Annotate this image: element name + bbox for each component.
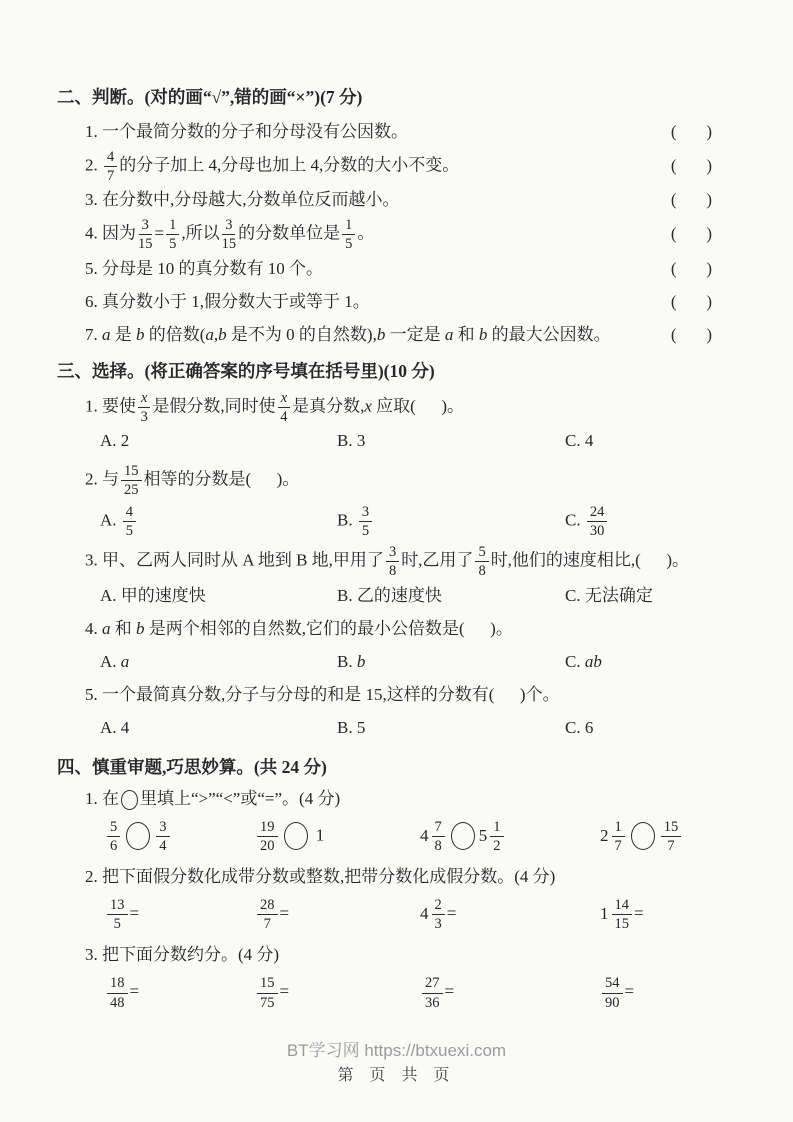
denominator: 7: [264, 915, 271, 932]
text-run: A. 2: [100, 431, 129, 450]
judgment-question-text: 5. 分母是 10 的真分数有 10 个。: [85, 258, 323, 281]
numerator: 4: [123, 504, 136, 522]
answer-bracket: ( ): [671, 189, 712, 212]
section-choice: 三、选择。(将正确答案的序号填在括号里)(10 分) 1. 要使x3是假分数,同…: [57, 360, 736, 749]
text-run: 7.: [85, 325, 102, 344]
denominator: 7: [615, 837, 622, 854]
choice-2-option-C: C. 2430: [565, 504, 736, 539]
fraction: 58: [475, 544, 488, 579]
fraction: 56: [107, 819, 120, 854]
fraction: 135: [107, 897, 128, 932]
text-run: 的最大公因数。: [487, 325, 610, 344]
choice-options-5: A. 4B. 5C. 6: [57, 717, 736, 745]
choice-5-option-A: A. 4: [100, 717, 337, 745]
denominator: 3: [141, 408, 148, 425]
math-variable: b: [357, 652, 366, 671]
whole-number: 4: [420, 903, 429, 926]
text-run: 1. 要使: [85, 396, 136, 415]
denominator: 5: [345, 235, 352, 252]
choice-4-option-C: C. ab: [565, 651, 736, 679]
judgment-question-text: 6. 真分数小于 1,假分数大于或等于 1。: [85, 291, 370, 314]
text-run: 的倍数(: [145, 325, 206, 344]
denominator: 75: [260, 994, 275, 1011]
text-run: 相等的分数是( )。: [144, 470, 300, 489]
text-run: 。: [357, 224, 374, 243]
comparison-circle: [121, 790, 138, 810]
calc-item-1-2: 1920 1: [255, 819, 420, 854]
mixed-number: 423: [420, 897, 447, 932]
text-run: 和: [111, 619, 137, 638]
judgment-item-2: 2. 47的分子加上 4,分母也加上 4,分数的大小不变。( ): [57, 149, 736, 184]
numerator: 13: [107, 897, 128, 915]
denominator: 7: [667, 837, 674, 854]
text-run: 里填上“>”“<”或“=”。(4 分): [140, 789, 340, 808]
text-run: A. 4: [100, 718, 129, 737]
denominator: 4: [280, 408, 287, 425]
fraction: 1920: [257, 819, 278, 854]
answer-bracket: ( ): [671, 258, 712, 281]
text-run: =: [280, 904, 290, 923]
text-run: B. 5: [337, 718, 365, 737]
denominator: 48: [110, 994, 125, 1011]
numerator: 14: [612, 897, 633, 915]
denominator: 3: [435, 915, 442, 932]
judgment-item-6: 6. 真分数小于 1,假分数大于或等于 1。( ): [57, 286, 736, 319]
choice-2-option-B: B. 35: [337, 504, 565, 539]
comparison-circle: [451, 822, 475, 850]
numerator: 3: [386, 544, 399, 562]
fraction: 38: [386, 544, 399, 579]
text-run: =: [445, 982, 455, 1001]
numerator: 15: [121, 463, 142, 481]
text-run: B.: [337, 510, 357, 529]
text-run: 时,他们的速度相比,( )。: [491, 551, 689, 570]
denominator: 36: [425, 994, 440, 1011]
fraction: 1848: [107, 975, 128, 1010]
calc-sub-label-1: 1. 在里填上“>”“<”或“=”。(4 分): [57, 788, 736, 811]
numerator: 54: [602, 975, 623, 993]
calc-item-3-4: 5490=: [600, 975, 736, 1010]
fraction: 1575: [257, 975, 278, 1010]
numerator: 1: [342, 217, 355, 235]
judgment-item-4: 4. 因为315=15,所以315的分数单位是15。( ): [57, 217, 736, 252]
choice-4-option-A: A. a: [100, 651, 337, 679]
text-run: =: [447, 904, 457, 923]
numerator: 27: [422, 975, 443, 993]
numerator: x: [138, 390, 150, 408]
comparison-circle: [284, 822, 308, 850]
text-run: C. 6: [565, 718, 593, 737]
calc-item-2-3: 423=: [420, 897, 600, 932]
calc-sub-label-3: 3. 把下面分数约分。(4 分): [57, 944, 736, 967]
math-variable: b: [136, 619, 145, 638]
numerator: 1: [490, 819, 503, 837]
text-run: 3. 在分数中,分母越大,分数单位反而越小。: [85, 190, 400, 209]
text-run: A.: [100, 510, 121, 529]
text-run: 1. 一个最简分数的分子和分母没有公因数。: [85, 122, 408, 141]
numerator: 3: [359, 504, 372, 522]
math-variable: b: [136, 325, 145, 344]
judgment-item-7: 7. a 是 b 的倍数(a,b 是不为 0 的自然数),b 一定是 a 和 b…: [57, 319, 736, 352]
text-run: =: [130, 982, 140, 1001]
text-run: 时,乙用了: [401, 551, 473, 570]
denominator: 15: [222, 235, 237, 252]
fraction: 2736: [422, 975, 443, 1010]
text-run: 是: [111, 325, 137, 344]
text-run: B. 3: [337, 431, 365, 450]
denominator: 15: [138, 235, 153, 252]
fraction: 15: [166, 217, 179, 252]
fraction: 5490: [602, 975, 623, 1010]
calc-item-2-4: 11415=: [600, 897, 736, 932]
fraction: 2430: [587, 504, 608, 539]
text-run: C.: [565, 652, 585, 671]
fraction: 17: [612, 819, 625, 854]
worksheet-page: 二、判断。(对的画“√”,错的画“×”)(7 分) 1. 一个最简分数的分子和分…: [0, 0, 793, 1122]
footer-site-link[interactable]: BT学习网 https://btxuexi.com: [0, 1040, 793, 1063]
page-footer: BT学习网 https://btxuexi.com 第 页 共 页: [0, 1040, 793, 1087]
numerator: x: [278, 390, 290, 408]
calc-item-2-2: 287=: [255, 897, 420, 932]
judgment-item-5: 5. 分母是 10 的真分数有 10 个。( ): [57, 253, 736, 286]
fraction: 12: [490, 819, 503, 854]
calc-item-1-3: 478512: [420, 819, 600, 854]
choice-options-4: A. aB. bC. ab: [57, 651, 736, 679]
text-run: 的分数单位是: [238, 224, 340, 243]
text-run: =: [280, 982, 290, 1001]
fraction: 34: [156, 819, 169, 854]
judgment-question-text: 4. 因为315=15,所以315的分数单位是15。: [85, 217, 374, 252]
fraction: 47: [104, 149, 117, 184]
text-run: 3. 把下面分数约分。(4 分): [85, 945, 279, 964]
calc-row-2-1: 135=287=423=11415=: [57, 897, 736, 932]
denominator: 5: [114, 915, 121, 932]
text-run: 是不为 0 的自然数),: [227, 325, 377, 344]
text-run: B.: [337, 652, 357, 671]
text-run: 是假分数,同时使: [152, 396, 275, 415]
calc-item-1-4: 217157: [600, 819, 736, 854]
denominator: 30: [590, 522, 605, 539]
fraction: 1525: [121, 463, 142, 498]
comparison-circle: [631, 822, 655, 850]
mixed-number: 512: [479, 819, 506, 854]
section-choice-title: 三、选择。(将正确答案的序号填在括号里)(10 分): [57, 360, 736, 384]
text-run: C. 4: [565, 431, 593, 450]
choice-4-option-B: B. b: [337, 651, 565, 679]
fraction: 15: [342, 217, 355, 252]
denominator: 2: [493, 837, 500, 854]
answer-bracket: ( ): [671, 223, 712, 246]
denominator: 25: [124, 481, 139, 498]
fraction: 35: [359, 504, 372, 539]
fraction: x3: [138, 390, 150, 425]
calc-item-3-1: 1848=: [105, 975, 255, 1010]
choice-question-3: 3. 甲、乙两人同时从 A 地到 B 地,甲用了38时,乙用了58时,他们的速度…: [57, 544, 736, 579]
answer-bracket: ( ): [671, 291, 712, 314]
choice-1-option-B: B. 3: [337, 430, 565, 458]
numerator: 15: [661, 819, 682, 837]
text-run: 2. 把下面假分数化成带分数或整数,把带分数化成假分数。(4 分): [85, 867, 555, 886]
section-calculation: 四、慎重审题,巧思妙算。(共 24 分) 1. 在里填上“>”“<”或“=”。(…: [57, 756, 736, 1023]
numerator: 18: [107, 975, 128, 993]
math-variable: b: [218, 325, 227, 344]
text-run: 和: [453, 325, 479, 344]
text-run: 应取( )。: [372, 396, 464, 415]
choice-items: 1. 要使x3是假分数,同时使x4是真分数,x 应取( )。A. 2B. 3C.…: [57, 390, 736, 745]
numerator: 24: [587, 504, 608, 522]
denominator: 15: [615, 915, 630, 932]
fraction: x4: [278, 390, 290, 425]
answer-bracket: ( ): [671, 155, 712, 178]
fraction: 23: [432, 897, 445, 932]
numerator: 19: [257, 819, 278, 837]
text-run: 6. 真分数小于 1,假分数大于或等于 1。: [85, 292, 370, 311]
text-run: 4. 因为: [85, 224, 136, 243]
mixed-number: 478: [420, 819, 447, 854]
numerator: 28: [257, 897, 278, 915]
numerator: 3: [222, 217, 235, 235]
text-run: 是两个相邻的自然数,它们的最小公倍数是( )。: [145, 619, 513, 638]
section-judgment-title: 二、判断。(对的画“√”,错的画“×”)(7 分): [57, 86, 736, 110]
fraction: 45: [123, 504, 136, 539]
choice-options-1: A. 2B. 3C. 4: [57, 430, 736, 458]
text-run: 1. 在: [85, 789, 119, 808]
section-calculation-title: 四、慎重审题,巧思妙算。(共 24 分): [57, 756, 736, 780]
choice-1-option-C: C. 4: [565, 430, 736, 458]
fraction: 78: [432, 819, 445, 854]
text-run: C. 无法确定: [565, 586, 653, 605]
choice-question-4: 4. a 和 b 是两个相邻的自然数,它们的最小公倍数是( )。: [57, 618, 736, 646]
text-run: 5. 一个最简真分数,分子与分母的和是 15,这样的分数有( )个。: [85, 685, 560, 704]
text-run: 1: [312, 825, 325, 844]
choice-question-1: 1. 要使x3是假分数,同时使x4是真分数,x 应取( )。: [57, 390, 736, 425]
mixed-number: 217: [600, 819, 627, 854]
calc-row-1-1: 56341920 1478512217157: [57, 819, 736, 854]
denominator: 4: [159, 837, 166, 854]
choice-1-option-A: A. 2: [100, 430, 337, 458]
judgment-question-text: 7. a 是 b 的倍数(a,b 是不为 0 的自然数),b 一定是 a 和 b…: [85, 324, 611, 347]
fraction: 287: [257, 897, 278, 932]
fraction: 315: [222, 217, 237, 252]
choice-options-3: A. 甲的速度快B. 乙的速度快C. 无法确定: [57, 585, 736, 613]
denominator: 90: [605, 994, 620, 1011]
whole-number: 2: [600, 825, 609, 848]
text-run: =: [155, 224, 165, 243]
denominator: 5: [126, 522, 133, 539]
text-run: 一定是: [385, 325, 445, 344]
denominator: 8: [389, 562, 396, 579]
whole-number: 1: [600, 903, 609, 926]
text-run: C.: [565, 510, 585, 529]
text-run: =: [634, 904, 644, 923]
text-run: 2. 与: [85, 470, 119, 489]
math-variable: x: [364, 396, 372, 415]
judgment-question-text: 2. 47的分子加上 4,分母也加上 4,分数的大小不变。: [85, 149, 459, 184]
numerator: 3: [139, 217, 152, 235]
judgment-question-text: 3. 在分数中,分母越大,分数单位反而越小。: [85, 189, 400, 212]
section-judgment: 二、判断。(对的画“√”,错的画“×”)(7 分) 1. 一个最简分数的分子和分…: [57, 86, 736, 352]
judgment-question-text: 1. 一个最简分数的分子和分母没有公因数。: [85, 121, 408, 144]
text-run: 2.: [85, 155, 102, 174]
fraction: 1415: [612, 897, 633, 932]
text-run: B. 乙的速度快: [337, 586, 442, 605]
judgment-item-1: 1. 一个最简分数的分子和分母没有公因数。( ): [57, 116, 736, 149]
choice-5-option-C: C. 6: [565, 717, 736, 745]
choice-options-2: A. 45B. 35C. 2430: [57, 504, 736, 539]
denominator: 8: [478, 562, 485, 579]
fraction: 157: [661, 819, 682, 854]
text-run: 4.: [85, 619, 102, 638]
text-run: =: [130, 904, 140, 923]
text-run: ,所以: [181, 224, 219, 243]
text-run: A.: [100, 652, 121, 671]
answer-bracket: ( ): [671, 324, 712, 347]
calc-item-1-1: 5634: [105, 819, 255, 854]
denominator: 5: [169, 235, 176, 252]
math-variable: a: [121, 652, 130, 671]
choice-question-5: 5. 一个最简真分数,分子与分母的和是 15,这样的分数有( )个。: [57, 684, 736, 712]
judgment-item-3: 3. 在分数中,分母越大,分数单位反而越小。( ): [57, 184, 736, 217]
denominator: 20: [260, 837, 275, 854]
numerator: 1: [612, 819, 625, 837]
text-run: 3. 甲、乙两人同时从 A 地到 B 地,甲用了: [85, 551, 384, 570]
calc-row-3-1: 1848=1575=2736=5490=: [57, 975, 736, 1010]
denominator: 7: [107, 167, 114, 184]
answer-bracket: ( ): [671, 121, 712, 144]
numerator: 3: [156, 819, 169, 837]
text-run: A. 甲的速度快: [100, 586, 206, 605]
choice-3-option-A: A. 甲的速度快: [100, 585, 337, 613]
math-variable: a: [205, 325, 214, 344]
numerator: 4: [104, 149, 117, 167]
denominator: 5: [362, 522, 369, 539]
footer-page-info: 第 页 共 页: [0, 1065, 793, 1087]
numerator: 2: [432, 897, 445, 915]
math-variable: a: [102, 619, 111, 638]
math-variable: ab: [585, 652, 602, 671]
choice-question-2: 2. 与1525相等的分数是( )。: [57, 463, 736, 498]
numerator: 15: [257, 975, 278, 993]
numerator: 5: [475, 544, 488, 562]
denominator: 8: [435, 837, 442, 854]
calc-item-2-1: 135=: [105, 897, 255, 932]
choice-5-option-B: B. 5: [337, 717, 565, 745]
calc-sub-label-2: 2. 把下面假分数化成带分数或整数,把带分数化成假分数。(4 分): [57, 866, 736, 889]
calc-item-3-3: 2736=: [420, 975, 600, 1010]
calc-item-3-2: 1575=: [255, 975, 420, 1010]
judgment-items: 1. 一个最简分数的分子和分母没有公因数。( )2. 47的分子加上 4,分母也…: [57, 116, 736, 352]
choice-2-option-A: A. 45: [100, 504, 337, 539]
choice-3-option-C: C. 无法确定: [565, 585, 736, 613]
mixed-number: 11415: [600, 897, 634, 932]
text-run: =: [625, 982, 635, 1001]
whole-number: 5: [479, 825, 488, 848]
math-variable: a: [102, 325, 111, 344]
choice-3-option-B: B. 乙的速度快: [337, 585, 565, 613]
text-run: 的分子加上 4,分母也加上 4,分数的大小不变。: [119, 155, 459, 174]
calc-items: 1. 在里填上“>”“<”或“=”。(4 分)56341920 14785122…: [57, 788, 736, 1011]
text-run: 5. 分母是 10 的真分数有 10 个。: [85, 259, 323, 278]
text-run: 是真分数,: [292, 396, 364, 415]
numerator: 7: [432, 819, 445, 837]
comparison-circle: [126, 822, 150, 850]
fraction: 315: [138, 217, 153, 252]
whole-number: 4: [420, 825, 429, 848]
numerator: 1: [166, 217, 179, 235]
numerator: 5: [107, 819, 120, 837]
denominator: 6: [110, 837, 117, 854]
